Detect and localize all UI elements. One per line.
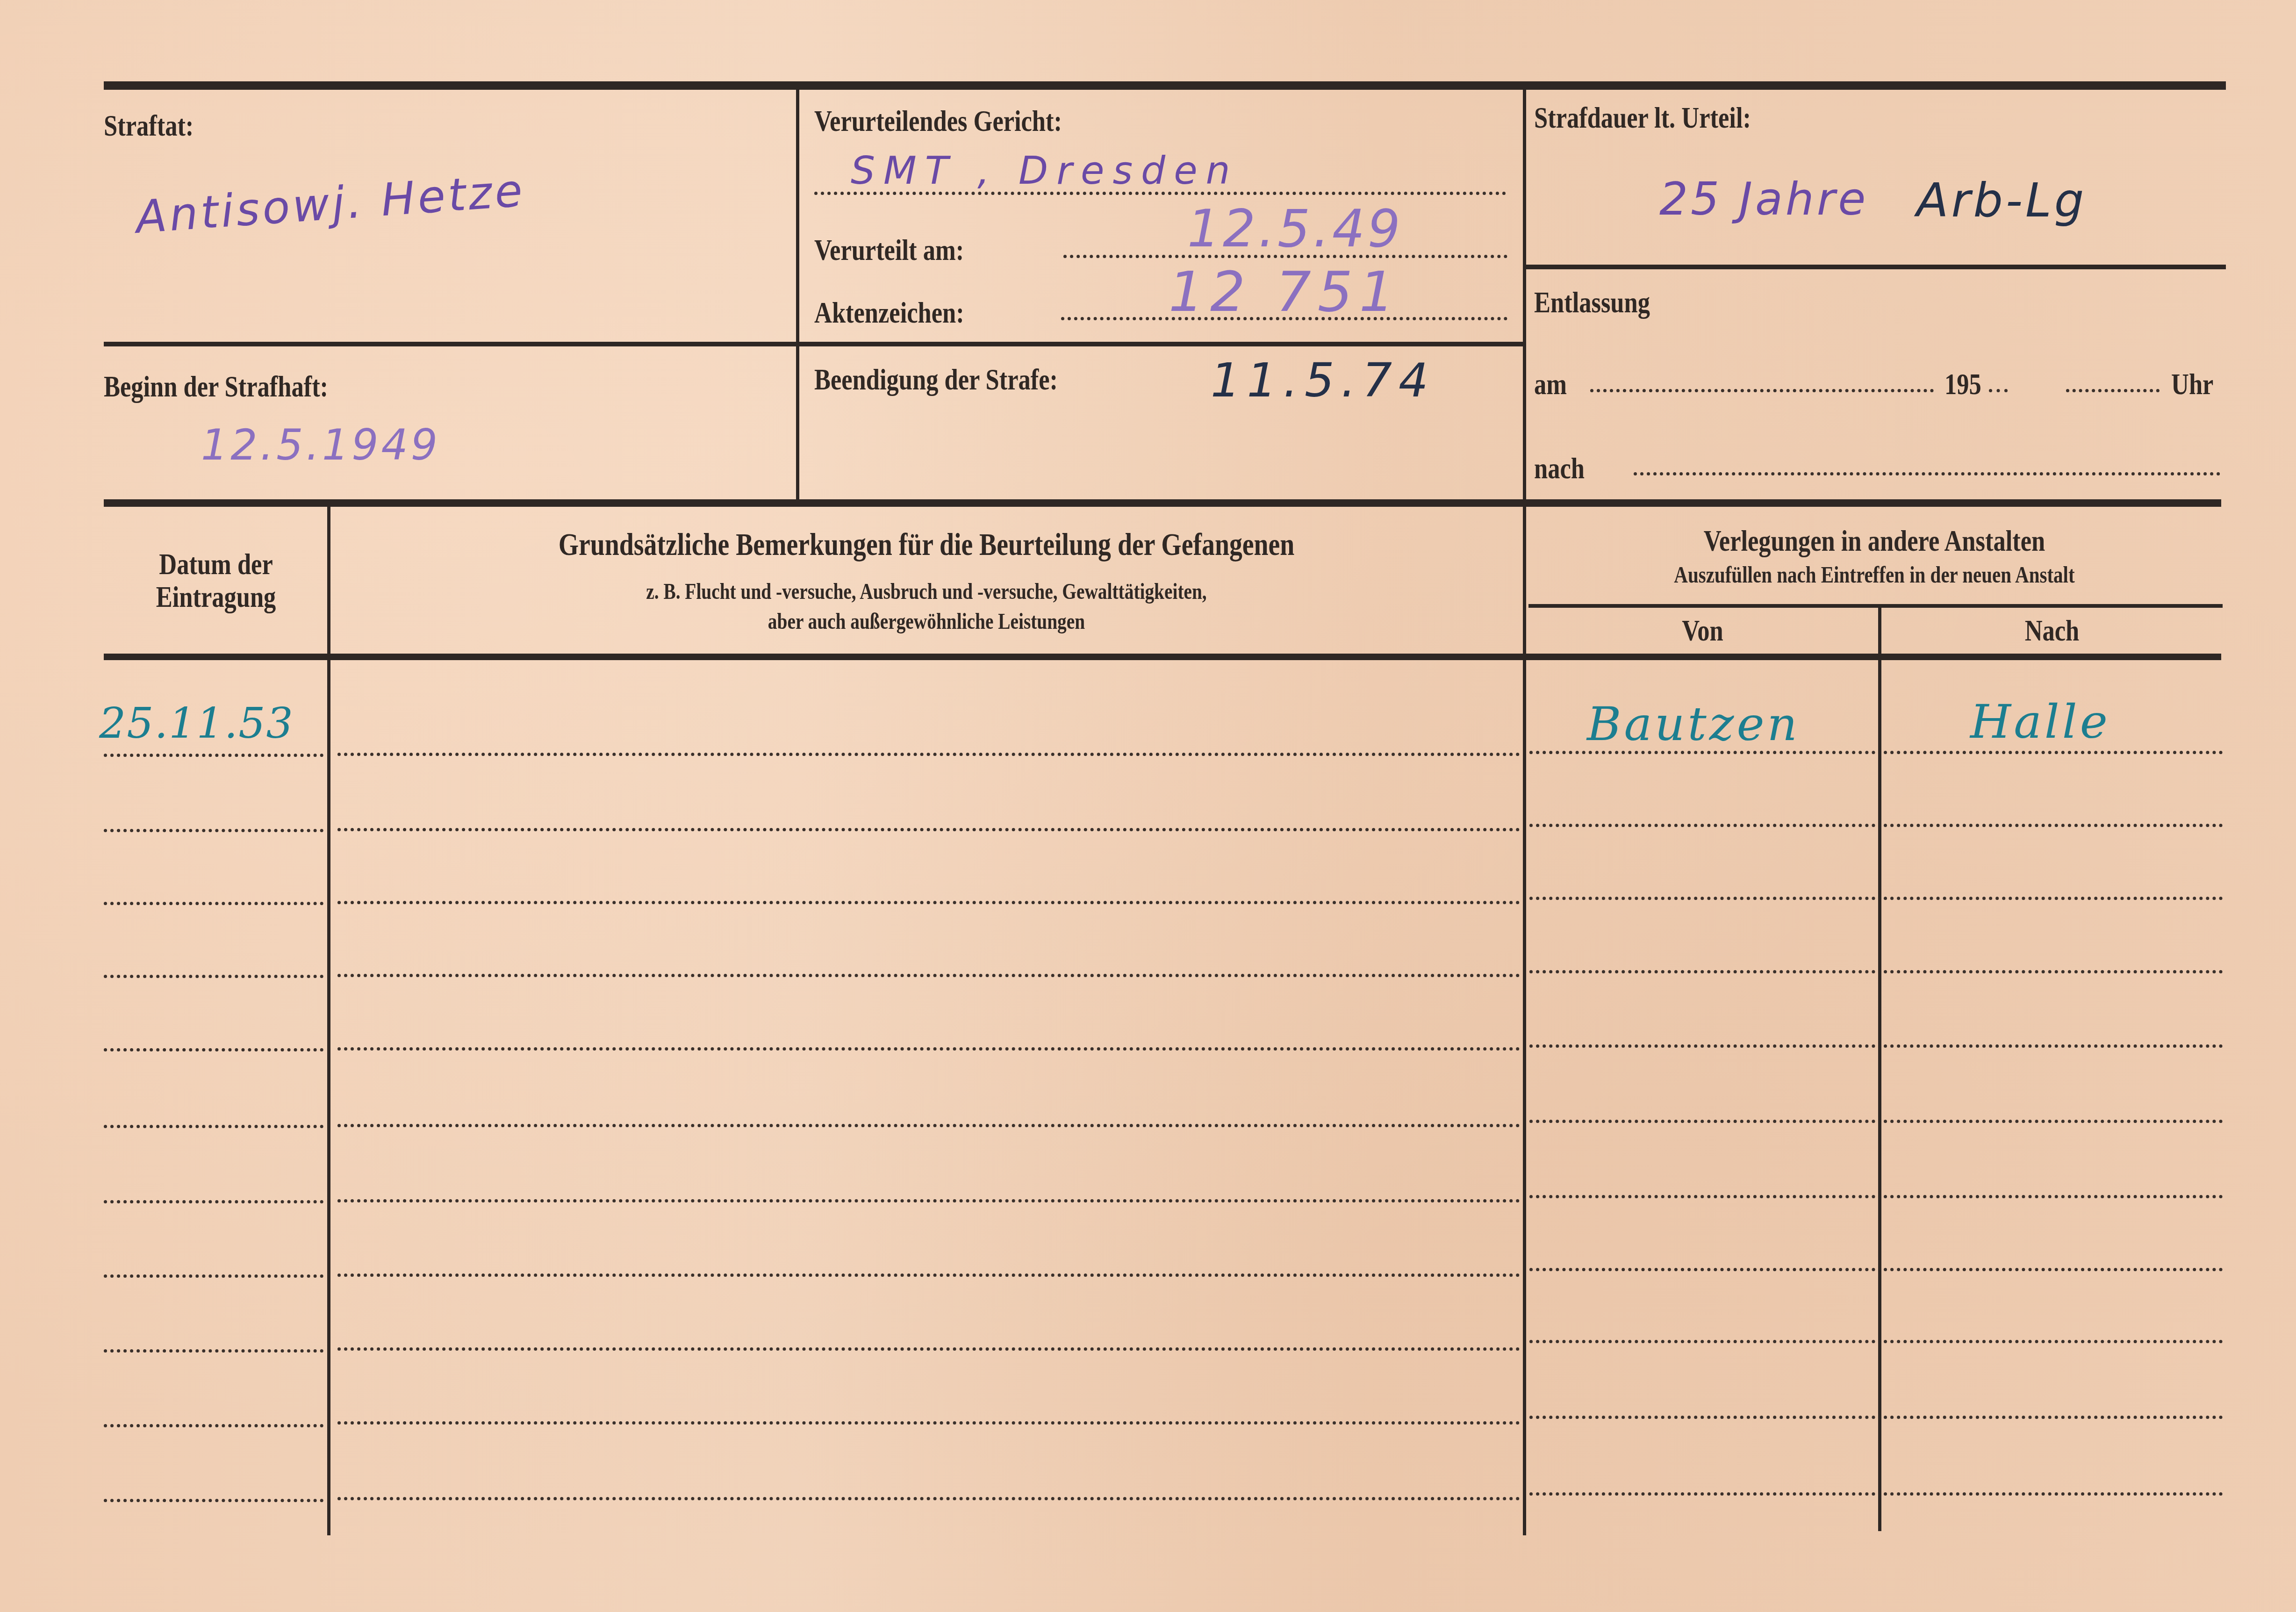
divider-bemerkungen bbox=[1523, 507, 1526, 1535]
top-rule bbox=[104, 81, 2226, 90]
row-line-bemerkung bbox=[337, 1124, 1520, 1127]
straftat-value[interactable]: Antisowj. Hetze bbox=[134, 164, 527, 244]
datum-header-line2: Eintragung bbox=[124, 580, 308, 614]
row-line-bemerkung bbox=[337, 974, 1520, 977]
nach-header: Nach bbox=[1912, 613, 2192, 648]
row-von-value[interactable]: Bautzen bbox=[1587, 697, 1800, 751]
aktenzeichen-label: Aktenzeichen: bbox=[814, 295, 964, 330]
row-line-nach bbox=[1884, 970, 2223, 973]
row-line-datum bbox=[104, 1274, 323, 1278]
entlassung-label: Entlassung bbox=[1534, 285, 1650, 320]
verlegungen-header-subtitle: Auszufüllen nach Eintreffen in der neuen… bbox=[1589, 561, 2160, 588]
row-line-bemerkung bbox=[337, 901, 1520, 904]
verurteilt-am-value[interactable]: 12.5.49 bbox=[1187, 199, 1403, 259]
divider-datum bbox=[327, 507, 330, 1535]
rule-under-strafdauer bbox=[1525, 265, 2226, 269]
row-line-bemerkung bbox=[337, 753, 1520, 756]
row-line-von bbox=[1529, 1340, 1875, 1343]
row-line-von bbox=[1529, 751, 1875, 754]
table-header-bottom-rule bbox=[104, 654, 2221, 660]
row-line-von bbox=[1529, 1416, 1875, 1419]
row-line-bemerkung bbox=[337, 1047, 1520, 1051]
verurteilt-am-label: Verurteilt am: bbox=[814, 233, 964, 267]
beendigung-label: Beendigung der Strafe: bbox=[814, 362, 1058, 397]
beginn-label: Beginn der Strafhaft: bbox=[104, 369, 328, 404]
row-line-bemerkung bbox=[337, 1199, 1520, 1202]
row-line-nach bbox=[1884, 1044, 2223, 1048]
row-line-datum bbox=[104, 902, 323, 905]
gericht-dotted-line bbox=[814, 192, 1506, 195]
rule-under-straftat bbox=[104, 342, 1525, 346]
entlassung-year-prefix: 195 bbox=[1944, 367, 1981, 402]
row-line-nach bbox=[1884, 751, 2223, 754]
row-line-bemerkung bbox=[337, 1497, 1520, 1500]
entlassung-nach-dotted-line[interactable] bbox=[1634, 472, 2220, 475]
gericht-value[interactable]: SMT , Dresden bbox=[851, 149, 1239, 193]
row-line-nach bbox=[1884, 1195, 2223, 1198]
row-line-bemerkung bbox=[337, 1274, 1520, 1277]
row-line-bemerkung bbox=[337, 1347, 1520, 1351]
entlassung-am-label: am bbox=[1534, 367, 1567, 402]
bemerkungen-header-title: Grundsätzliche Bemerkungen für die Beurt… bbox=[438, 526, 1415, 563]
divider-straftat-gericht bbox=[796, 90, 799, 500]
strafdauer-value-years[interactable]: 25 Jahre bbox=[1659, 173, 1868, 225]
row-line-nach bbox=[1884, 1340, 2223, 1343]
von-header: Von bbox=[1558, 613, 1847, 648]
aktenzeichen-value[interactable]: 12 751 bbox=[1169, 259, 1401, 324]
strafdauer-label: Strafdauer lt. Urteil: bbox=[1534, 101, 1751, 135]
gericht-label: Verurteilendes Gericht: bbox=[814, 104, 1062, 138]
row-line-datum bbox=[104, 1125, 323, 1128]
bemerkungen-header-subtitle2: aber auch außergewöhnliche Leistungen bbox=[438, 609, 1415, 634]
row-line-datum bbox=[104, 1499, 323, 1502]
strafdauer-value-type[interactable]: Arb-Lg bbox=[1916, 173, 2087, 228]
row-line-nach bbox=[1884, 824, 2223, 827]
divider-gericht-strafdauer bbox=[1523, 90, 1526, 500]
entlassung-year-dotted-line[interactable] bbox=[1989, 389, 2008, 392]
row-line-von bbox=[1529, 1044, 1875, 1048]
row-line-von bbox=[1529, 1195, 1875, 1198]
verurteilt-am-dotted-line bbox=[1063, 255, 1507, 258]
row-line-von bbox=[1529, 1492, 1875, 1496]
row-line-von bbox=[1529, 1120, 1875, 1123]
row-line-datum bbox=[104, 975, 323, 978]
row-line-datum bbox=[104, 829, 323, 832]
row-line-nach bbox=[1884, 897, 2223, 900]
row-line-nach bbox=[1884, 1120, 2223, 1123]
rule-above-von-nach bbox=[1528, 604, 2223, 608]
row-line-von bbox=[1529, 1268, 1875, 1271]
row-line-datum bbox=[104, 1048, 323, 1051]
beginn-value[interactable]: 12.5.1949 bbox=[201, 421, 440, 470]
row-line-nach bbox=[1884, 1492, 2223, 1496]
row-line-von bbox=[1529, 970, 1875, 973]
row-line-bemerkung bbox=[337, 1421, 1520, 1425]
row-line-bemerkung bbox=[337, 828, 1520, 831]
verlegungen-header-title: Verlegungen in andere Anstalten bbox=[1589, 524, 2160, 558]
entlassung-date-dotted-line[interactable] bbox=[1590, 389, 1934, 392]
beendigung-value[interactable]: 11.5.74 bbox=[1211, 353, 1435, 408]
row-line-datum bbox=[104, 1349, 323, 1353]
row-line-nach bbox=[1884, 1268, 2223, 1271]
row-line-von bbox=[1529, 824, 1875, 827]
row-line-von bbox=[1529, 897, 1875, 900]
straftat-label: Straftat: bbox=[104, 108, 194, 143]
divider-von-nach bbox=[1878, 608, 1881, 1531]
entlassung-uhr-label: Uhr bbox=[2171, 367, 2213, 402]
row-line-datum bbox=[104, 1200, 323, 1203]
row-line-nach bbox=[1884, 1416, 2223, 1419]
datum-header-line1: Datum der bbox=[124, 547, 308, 582]
bemerkungen-header-subtitle1: z. B. Flucht und -versuche, Ausbruch und… bbox=[438, 579, 1415, 604]
entlassung-time-dotted-line[interactable] bbox=[2066, 389, 2160, 392]
row-datum-value[interactable]: 25.11.53 bbox=[99, 699, 294, 748]
entlassung-nach-label: nach bbox=[1534, 451, 1585, 486]
table-top-rule bbox=[104, 499, 2221, 507]
row-line-datum bbox=[104, 754, 323, 757]
row-line-datum bbox=[104, 1424, 323, 1427]
row-nach-value[interactable]: Halle bbox=[1970, 694, 2110, 749]
aktenzeichen-dotted-line bbox=[1061, 317, 1507, 320]
